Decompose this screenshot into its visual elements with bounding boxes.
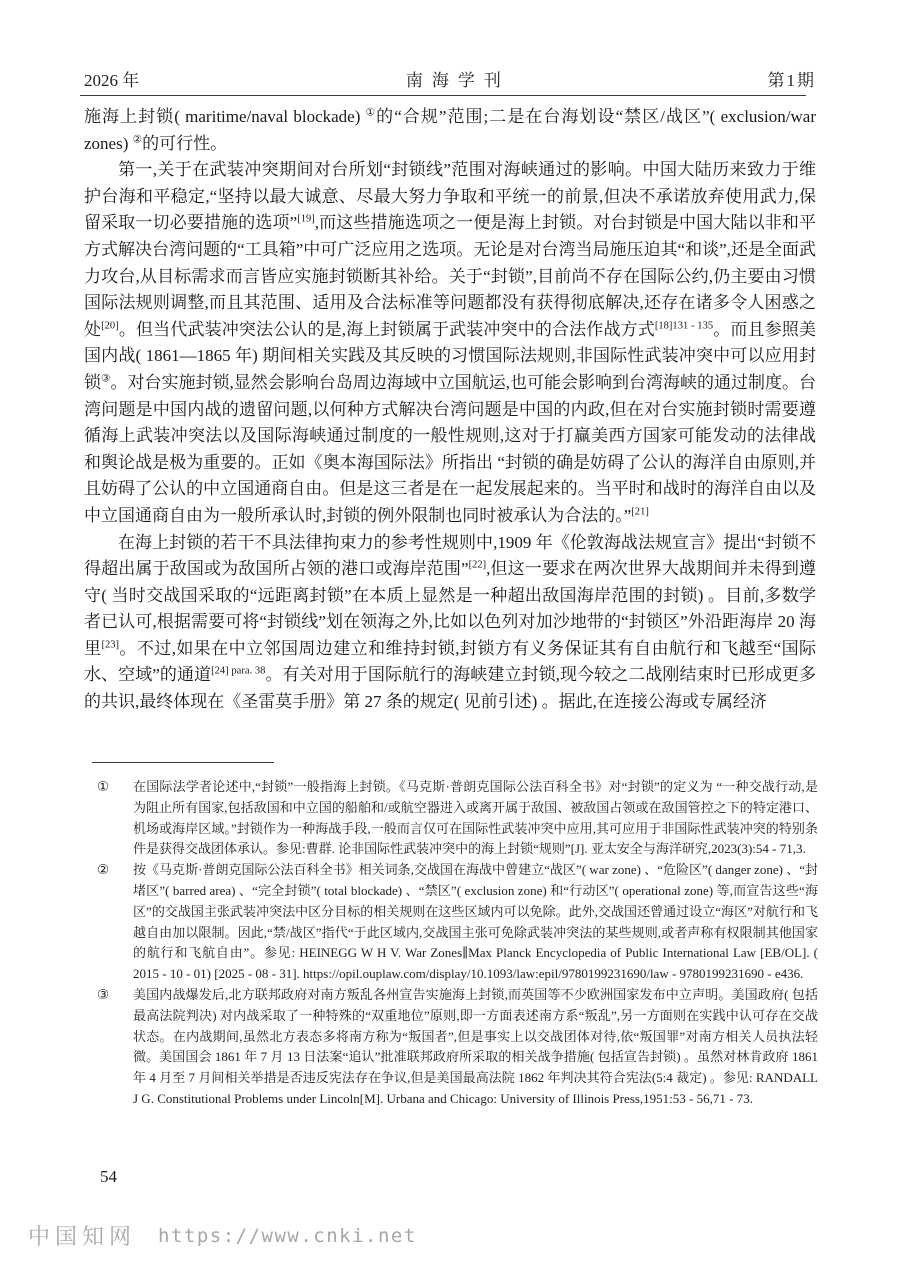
footnote-item: ② 按《马克斯·普朗克国际公法百科全书》相关词条,交战国在海战中曾建立“战区”(… bbox=[84, 860, 818, 985]
page-header: 2026 年 南海学刊 第1期 bbox=[84, 66, 816, 91]
citation-ref: [19] bbox=[297, 214, 315, 225]
body-paragraph: 在海上封锁的若干不具法律拘束力的参考性规则中,1909 年《伦敦海战法规宣言》提… bbox=[84, 530, 816, 716]
footnotes-section: ① 在国际法学者论述中,“封锁”一般指海上封锁。《马克斯·普朗克国际公法百科全书… bbox=[84, 777, 818, 1110]
citation-ref: [23] bbox=[101, 639, 119, 650]
footnote-text: 在国际法学者论述中,“封锁”一般指海上封锁。《马克斯·普朗克国际公法百科全书》对… bbox=[133, 777, 818, 860]
footnote-item: ① 在国际法学者论述中,“封锁”一般指海上封锁。《马克斯·普朗克国际公法百科全书… bbox=[84, 777, 818, 860]
body-paragraph: 施海上封锁( maritime/naval blockade) ①的“合规”范围… bbox=[84, 104, 816, 157]
header-journal-title: 南海学刊 bbox=[397, 66, 510, 91]
citation-ref: ③ bbox=[101, 373, 110, 384]
footnote-separator bbox=[92, 762, 274, 763]
citation-ref: ① bbox=[366, 107, 376, 118]
journal-page: 2026 年 南海学刊 第1期 施海上封锁( maritime/naval bl… bbox=[0, 0, 900, 1273]
footnote-marker: ② bbox=[84, 860, 133, 985]
footnote-text: 美国内战爆发后,北方联邦政府对南方叛乱各州宣告实施海上封锁,而英国等不少欧洲国家… bbox=[133, 985, 818, 1110]
citation-ref: [21] bbox=[631, 506, 649, 517]
header-rule bbox=[80, 95, 806, 96]
footnote-marker: ③ bbox=[84, 985, 133, 1110]
footnote-item: ③ 美国内战爆发后,北方联邦政府对南方叛乱各州宣告实施海上封锁,而英国等不少欧洲… bbox=[84, 985, 818, 1110]
cnki-url-text: https://www.cnki.net bbox=[158, 1225, 417, 1247]
cnki-logo-text: 中国知网 bbox=[28, 1220, 136, 1251]
citation-ref: [18]131 - 135 bbox=[655, 320, 713, 331]
watermark: 中国知网 https://www.cnki.net bbox=[28, 1220, 417, 1251]
citation-ref: [22] bbox=[469, 559, 487, 570]
citation-ref: ② bbox=[133, 134, 142, 145]
footnote-marker: ① bbox=[84, 777, 133, 860]
article-body: 施海上封锁( maritime/naval blockade) ①的“合规”范围… bbox=[84, 104, 816, 716]
page-number: 54 bbox=[100, 1167, 117, 1187]
body-paragraph: 第一,关于在武装冲突期间对台所划“封锁线”范围对海峡通过的影响。中国大陆历来致力… bbox=[84, 157, 816, 529]
footnote-text: 按《马克斯·普朗克国际公法百科全书》相关词条,交战国在海战中曾建立“战区”( w… bbox=[133, 860, 818, 985]
citation-ref: [20] bbox=[101, 320, 119, 331]
header-year: 2026 年 bbox=[84, 66, 139, 91]
header-issue: 第1期 bbox=[768, 66, 817, 91]
citation-ref: [24] para. 38 bbox=[211, 666, 265, 677]
